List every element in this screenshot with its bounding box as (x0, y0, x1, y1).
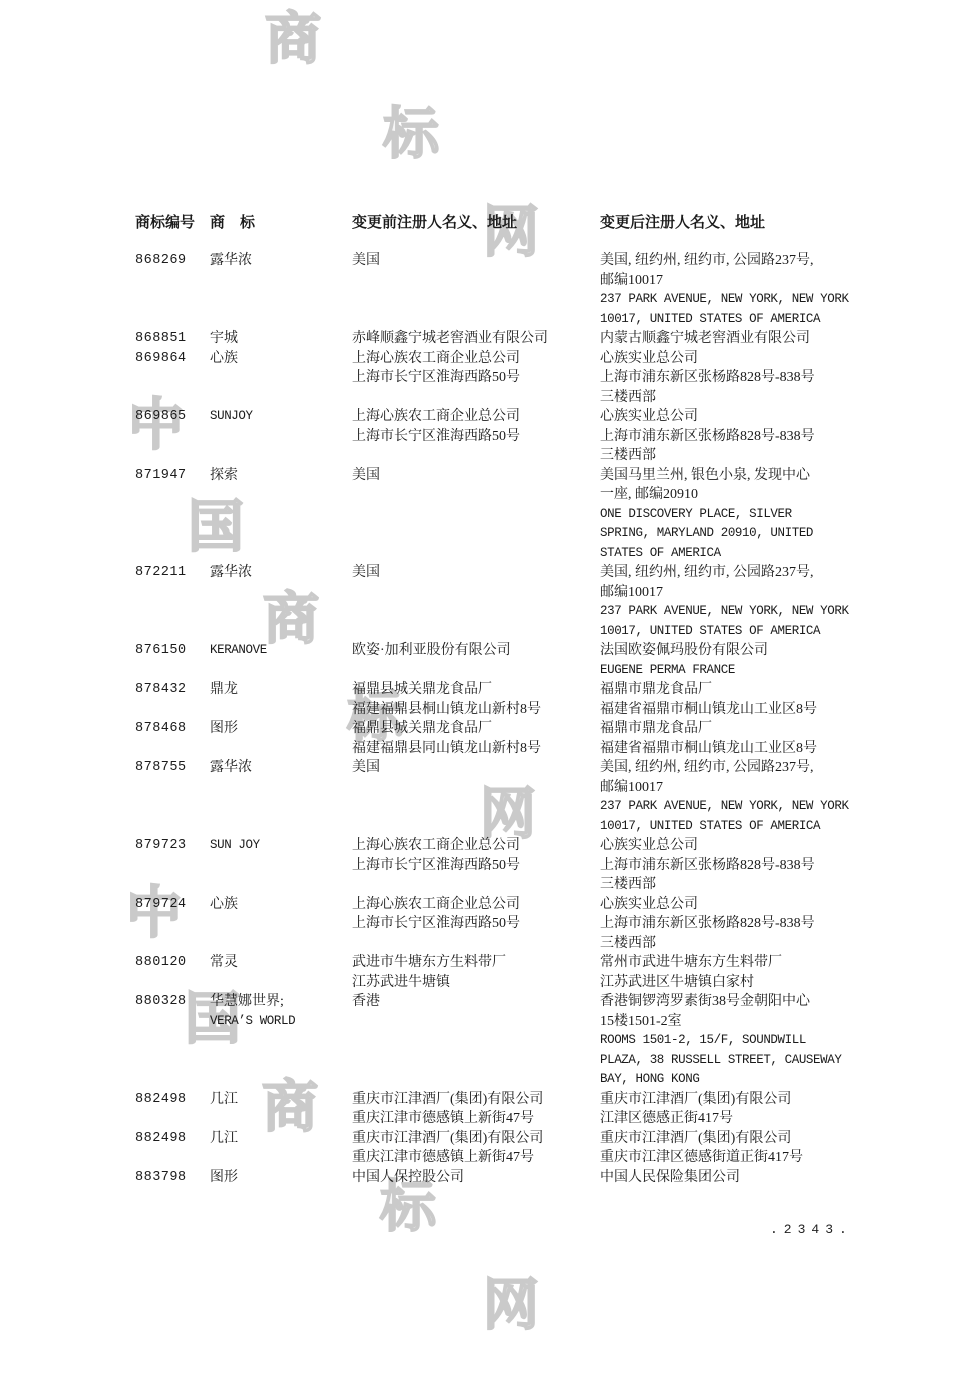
text-line: 美国 (352, 563, 600, 583)
text-line: EUGENE PERMA FRANCE (600, 661, 870, 681)
text-line: 福建省福鼎市桐山镇龙山工业区8号 (600, 739, 870, 759)
registrant-after: 重庆市江津酒厂(集团)有限公司江津区德感正街417号 (600, 1090, 870, 1129)
text-line: 美国 (352, 251, 600, 271)
text-line: 878468 (135, 719, 210, 739)
text-line: 邮编10017 (600, 583, 870, 603)
registrant-before: 香港 (352, 992, 600, 1012)
text-line: 美国马里兰州, 银色小泉, 发现中心 (600, 466, 870, 486)
text-line: 美国, 纽约州, 纽约市, 公园路237号, (600, 758, 870, 778)
text-line: 237 PARK AVENUE, NEW YORK, NEW YORK (600, 797, 870, 817)
text-line: 880328 (135, 992, 210, 1012)
text-line: 879724 (135, 895, 210, 915)
text-line: 重庆市江津酒厂(集团)有限公司 (600, 1129, 870, 1149)
text-line: PLAZA, 38 RUSSELL STREET, CAUSEWAY (600, 1051, 870, 1071)
text-line: 上海市浦东新区张杨路828号-838号 (600, 914, 870, 934)
text-line: 868269 (135, 251, 210, 271)
trademark-number: 878468 (135, 719, 210, 739)
text-line: 878755 (135, 758, 210, 778)
text-line: 宇城 (210, 329, 352, 349)
text-line: 10017, UNITED STATES OF AMERICA (600, 817, 870, 837)
text-line: 10017, UNITED STATES OF AMERICA (600, 310, 870, 330)
text-line: 露华浓 (210, 563, 352, 583)
registrant-before: 武进市牛塘东方生料带厂江苏武进牛塘镇 (352, 953, 600, 992)
trademark-number: 883798 (135, 1168, 210, 1188)
text-line: 重庆市江津酒厂(集团)有限公司 (352, 1129, 600, 1149)
text-line: 华慧娜世界; (210, 992, 352, 1012)
trademark-number: 880328 (135, 992, 210, 1012)
trademark-name: 鼎龙 (210, 680, 352, 700)
trademark-number: 880120 (135, 953, 210, 973)
registrant-before: 重庆市江津酒厂(集团)有限公司重庆江津市德感镇上新街47号 (352, 1090, 600, 1129)
text-line: 武进市牛塘东方生料带厂 (352, 953, 600, 973)
text-line: 心族实业总公司 (600, 836, 870, 856)
registrant-before: 赤峰顺鑫宁城老窖酒业有限公司 (352, 329, 600, 349)
registrant-before: 美国 (352, 758, 600, 778)
text-line: 邮编10017 (600, 271, 870, 291)
text-line: 237 PARK AVENUE, NEW YORK, NEW YORK (600, 290, 870, 310)
table-row: 871947探索美国美国马里兰州, 银色小泉, 发现中心一座, 邮编20910O… (135, 466, 875, 564)
table-row: 868851宇城赤峰顺鑫宁城老窖酒业有限公司内蒙古顺鑫宁城老窖酒业有限公司 (135, 329, 875, 349)
table-row: 879723SUN JOY上海心族农工商企业总公司上海市长宁区淮海西路50号心族… (135, 836, 875, 895)
registrant-before: 上海心族农工商企业总公司上海市长宁区淮海西路50号 (352, 349, 600, 388)
text-line: 福鼎市鼎龙食品厂 (600, 719, 870, 739)
text-line: SPRING, MARYLAND 20910, UNITED (600, 524, 870, 544)
trademark-name: 几江 (210, 1129, 352, 1149)
registrant-after: 福鼎市鼎龙食品厂福建省福鼎市桐山镇龙山工业区8号 (600, 680, 870, 719)
registrant-after: 常州市武进牛塘东方生料带厂江苏武进区牛塘镇白家村 (600, 953, 870, 992)
text-line: SUNJOY (210, 407, 352, 427)
registrant-before: 上海心族农工商企业总公司上海市长宁区淮海西路50号 (352, 836, 600, 875)
table-row: 882498几江重庆市江津酒厂(集团)有限公司重庆江津市德感镇上新街47号重庆市… (135, 1129, 875, 1168)
registrant-after: 美国马里兰州, 银色小泉, 发现中心一座, 邮编20910ONE DISCOVE… (600, 466, 870, 564)
trademark-number: 878432 (135, 680, 210, 700)
text-line: 三楼西部 (600, 934, 870, 954)
text-line: 美国 (352, 758, 600, 778)
table-row: 882498几江重庆市江津酒厂(集团)有限公司重庆江津市德感镇上新街47号重庆市… (135, 1090, 875, 1129)
registrant-after: 美国, 纽约州, 纽约市, 公园路237号,邮编10017237 PARK AV… (600, 758, 870, 836)
text-line: 香港铜锣湾罗素街38号金朝阳中心 (600, 992, 870, 1012)
text-line: 法国欧姿佩玛股份有限公司 (600, 641, 870, 661)
text-line: 三楼西部 (600, 875, 870, 895)
document-page: 商标网中国商标网中国商标网 商标编号 商 标 变更前注册人名义、地址 变更后注册… (0, 0, 980, 1400)
text-line: 露华浓 (210, 251, 352, 271)
text-line: 一座, 邮编20910 (600, 485, 870, 505)
watermark-char: 标 (383, 107, 439, 163)
trademark-number: 882498 (135, 1090, 210, 1110)
text-line: 15楼1501-2室 (600, 1012, 870, 1032)
text-line: 图形 (210, 1168, 352, 1188)
text-line: 美国 (352, 466, 600, 486)
table: 商标编号 商 标 变更前注册人名义、地址 变更后注册人名义、地址 868269露… (135, 214, 875, 1187)
trademark-number: 868269 (135, 251, 210, 271)
registrant-after: 美国, 纽约州, 纽约市, 公园路237号,邮编10017237 PARK AV… (600, 251, 870, 329)
registrant-before: 重庆市江津酒厂(集团)有限公司重庆江津市德感镇上新街47号 (352, 1129, 600, 1168)
trademark-name: KERANOVE (210, 641, 352, 661)
registrant-after: 心族实业总公司上海市浦东新区张杨路828号-838号三楼西部 (600, 836, 870, 895)
text-line: ROOMS 1501-2, 15/F, SOUNDWILL (600, 1031, 870, 1051)
registrant-before: 美国 (352, 466, 600, 486)
text-line: 江津区德感正街417号 (600, 1109, 870, 1129)
text-line: 欧姿·加利亚股份有限公司 (352, 641, 600, 661)
text-line: 上海市长宁区淮海西路50号 (352, 914, 600, 934)
trademark-name: 几江 (210, 1090, 352, 1110)
text-line: 福鼎县城关鼎龙食品厂 (352, 719, 600, 739)
registrant-after: 内蒙古顺鑫宁城老窖酒业有限公司 (600, 329, 870, 349)
text-line: 上海心族农工商企业总公司 (352, 407, 600, 427)
text-line: 香港 (352, 992, 600, 1012)
watermark-char: 网 (483, 1278, 539, 1334)
text-line: 上海心族农工商企业总公司 (352, 895, 600, 915)
text-line: 内蒙古顺鑫宁城老窖酒业有限公司 (600, 329, 870, 349)
text-line: VERA’S WORLD (210, 1012, 352, 1032)
trademark-name: SUN JOY (210, 836, 352, 856)
trademark-number: 868851 (135, 329, 210, 349)
text-line: 868851 (135, 329, 210, 349)
text-line: 重庆江津市德感镇上新街47号 (352, 1148, 600, 1168)
text-line: 福建福鼎县同山镇龙山新村8号 (352, 739, 600, 759)
table-row: 869865SUNJOY上海心族农工商企业总公司上海市长宁区淮海西路50号心族实… (135, 407, 875, 466)
text-line: 江苏武进牛塘镇 (352, 973, 600, 993)
text-line: 福建省福鼎市桐山镇龙山工业区8号 (600, 700, 870, 720)
watermark-char: 商 (265, 12, 321, 68)
trademark-number: 869864 (135, 349, 210, 369)
table-row: 869864心族上海心族农工商企业总公司上海市长宁区淮海西路50号心族实业总公司… (135, 349, 875, 408)
text-line: BAY, HONG KONG (600, 1070, 870, 1090)
text-line: 879723 (135, 836, 210, 856)
trademark-number: 878755 (135, 758, 210, 778)
registrant-after: 美国, 纽约州, 纽约市, 公园路237号,邮编10017237 PARK AV… (600, 563, 870, 641)
text-line: 探索 (210, 466, 352, 486)
text-line: STATES OF AMERICA (600, 544, 870, 564)
trademark-number: 871947 (135, 466, 210, 486)
text-line: 883798 (135, 1168, 210, 1188)
page-number: .2343. (770, 1222, 853, 1237)
trademark-number: 879723 (135, 836, 210, 856)
text-line: 869864 (135, 349, 210, 369)
trademark-name: 图形 (210, 1168, 352, 1188)
text-line: ONE DISCOVERY PLACE, SILVER (600, 505, 870, 525)
registrant-before: 欧姿·加利亚股份有限公司 (352, 641, 600, 661)
registrant-before: 福鼎县城关鼎龙食品厂福建福鼎县同山镇龙山新村8号 (352, 719, 600, 758)
text-line: 常州市武进牛塘东方生料带厂 (600, 953, 870, 973)
text-line: 上海心族农工商企业总公司 (352, 836, 600, 856)
table-row: 878468图形福鼎县城关鼎龙食品厂福建福鼎县同山镇龙山新村8号福鼎市鼎龙食品厂… (135, 719, 875, 758)
trademark-name: 露华浓 (210, 758, 352, 778)
text-line: 880120 (135, 953, 210, 973)
text-line: 中国人保控股公司 (352, 1168, 600, 1188)
registrant-after: 福鼎市鼎龙食品厂福建省福鼎市桐山镇龙山工业区8号 (600, 719, 870, 758)
registrant-before: 美国 (352, 563, 600, 583)
trademark-name: SUNJOY (210, 407, 352, 427)
trademark-name: 华慧娜世界;VERA’S WORLD (210, 992, 352, 1031)
text-line: 心族 (210, 895, 352, 915)
registrant-before: 中国人保控股公司 (352, 1168, 600, 1188)
registrant-before: 福鼎县城关鼎龙食品厂福建福鼎县桐山镇龙山新村8号 (352, 680, 600, 719)
registrant-after: 法国欧姿佩玛股份有限公司EUGENE PERMA FRANCE (600, 641, 870, 680)
text-line: 上海心族农工商企业总公司 (352, 349, 600, 369)
registrant-after: 心族实业总公司上海市浦东新区张杨路828号-838号三楼西部 (600, 349, 870, 408)
text-line: SUN JOY (210, 836, 352, 856)
trademark-name: 探索 (210, 466, 352, 486)
trademark-name: 心族 (210, 349, 352, 369)
text-line: 福鼎县城关鼎龙食品厂 (352, 680, 600, 700)
text-line: 美国, 纽约州, 纽约市, 公园路237号, (600, 563, 870, 583)
text-line: 上海市浦东新区张杨路828号-838号 (600, 856, 870, 876)
registrant-before: 上海心族农工商企业总公司上海市长宁区淮海西路50号 (352, 407, 600, 446)
text-line: 常灵 (210, 953, 352, 973)
text-line: 上海市长宁区淮海西路50号 (352, 427, 600, 447)
text-line: 心族 (210, 349, 352, 369)
table-row: 880328华慧娜世界;VERA’S WORLD香港香港铜锣湾罗素街38号金朝阳… (135, 992, 875, 1090)
trademark-number: 869865 (135, 407, 210, 427)
trademark-number: 876150 (135, 641, 210, 661)
watermark-char: 标 (380, 1180, 436, 1236)
text-line: 心族实业总公司 (600, 349, 870, 369)
text-line: 美国, 纽约州, 纽约市, 公园路237号, (600, 251, 870, 271)
registrant-before: 美国 (352, 251, 600, 271)
registrant-after: 香港铜锣湾罗素街38号金朝阳中心15楼1501-2室ROOMS 1501-2, … (600, 992, 870, 1090)
registrant-after: 心族实业总公司上海市浦东新区张杨路828号-838号三楼西部 (600, 407, 870, 466)
text-line: 福建福鼎县桐山镇龙山新村8号 (352, 700, 600, 720)
table-row: 878432鼎龙福鼎县城关鼎龙食品厂福建福鼎县桐山镇龙山新村8号福鼎市鼎龙食品厂… (135, 680, 875, 719)
text-line: 图形 (210, 719, 352, 739)
text-line: 872211 (135, 563, 210, 583)
registrant-after: 心族实业总公司上海市浦东新区张杨路828号-838号三楼西部 (600, 895, 870, 954)
text-line: 上海市长宁区淮海西路50号 (352, 856, 600, 876)
text-line: 882498 (135, 1129, 210, 1149)
header-trademark-number: 商标编号 (135, 214, 210, 233)
trademark-name: 心族 (210, 895, 352, 915)
table-row: 872211露华浓美国美国, 纽约州, 纽约市, 公园路237号,邮编10017… (135, 563, 875, 641)
text-line: 露华浓 (210, 758, 352, 778)
text-line: 237 PARK AVENUE, NEW YORK, NEW YORK (600, 602, 870, 622)
trademark-number: 872211 (135, 563, 210, 583)
trademark-name: 常灵 (210, 953, 352, 973)
text-line: 几江 (210, 1129, 352, 1149)
text-line: 871947 (135, 466, 210, 486)
header-registrant-after: 变更后注册人名义、地址 (600, 214, 870, 233)
text-line: 中国人民保险集团公司 (600, 1168, 870, 1188)
trademark-number: 882498 (135, 1129, 210, 1149)
text-line: 赤峰顺鑫宁城老窖酒业有限公司 (352, 329, 600, 349)
text-line: 重庆市江津酒厂(集团)有限公司 (600, 1090, 870, 1110)
table-row: 868269露华浓美国美国, 纽约州, 纽约市, 公园路237号,邮编10017… (135, 251, 875, 329)
table-row: 876150KERANOVE欧姿·加利亚股份有限公司法国欧姿佩玛股份有限公司EU… (135, 641, 875, 680)
registrant-after: 中国人民保险集团公司 (600, 1168, 870, 1188)
table-body: 868269露华浓美国美国, 纽约州, 纽约市, 公园路237号,邮编10017… (135, 251, 875, 1187)
text-line: 心族实业总公司 (600, 407, 870, 427)
text-line: 三楼西部 (600, 388, 870, 408)
text-line: 几江 (210, 1090, 352, 1110)
header-registrant-before: 变更前注册人名义、地址 (352, 214, 600, 233)
text-line: 876150 (135, 641, 210, 661)
registrant-after: 重庆市江津酒厂(集团)有限公司重庆市江津区德感街道正街417号 (600, 1129, 870, 1168)
text-line: 鼎龙 (210, 680, 352, 700)
text-line: KERANOVE (210, 641, 352, 661)
text-line: 福鼎市鼎龙食品厂 (600, 680, 870, 700)
table-row: 879724心族上海心族农工商企业总公司上海市长宁区淮海西路50号心族实业总公司… (135, 895, 875, 954)
text-line: 869865 (135, 407, 210, 427)
trademark-name: 露华浓 (210, 563, 352, 583)
table-row: 883798图形中国人保控股公司中国人民保险集团公司 (135, 1168, 875, 1188)
text-line: 10017, UNITED STATES OF AMERICA (600, 622, 870, 642)
text-line: 882498 (135, 1090, 210, 1110)
text-line: 江苏武进区牛塘镇白家村 (600, 973, 870, 993)
table-row: 880120常灵武进市牛塘东方生料带厂江苏武进牛塘镇常州市武进牛塘东方生料带厂江… (135, 953, 875, 992)
text-line: 上海市浦东新区张杨路828号-838号 (600, 368, 870, 388)
trademark-number: 879724 (135, 895, 210, 915)
text-line: 重庆江津市德感镇上新街47号 (352, 1109, 600, 1129)
trademark-name: 露华浓 (210, 251, 352, 271)
trademark-name: 图形 (210, 719, 352, 739)
trademark-name: 宇城 (210, 329, 352, 349)
text-line: 邮编10017 (600, 778, 870, 798)
text-line: 上海市长宁区淮海西路50号 (352, 368, 600, 388)
text-line: 重庆市江津区德感街道正街417号 (600, 1148, 870, 1168)
header-trademark-name: 商 标 (210, 214, 352, 233)
text-line: 重庆市江津酒厂(集团)有限公司 (352, 1090, 600, 1110)
table-header: 商标编号 商 标 变更前注册人名义、地址 变更后注册人名义、地址 (135, 214, 875, 233)
text-line: 心族实业总公司 (600, 895, 870, 915)
table-row: 878755露华浓美国美国, 纽约州, 纽约市, 公园路237号,邮编10017… (135, 758, 875, 836)
text-line: 878432 (135, 680, 210, 700)
registrant-before: 上海心族农工商企业总公司上海市长宁区淮海西路50号 (352, 895, 600, 934)
text-line: 上海市浦东新区张杨路828号-838号 (600, 427, 870, 447)
text-line: 三楼西部 (600, 446, 870, 466)
